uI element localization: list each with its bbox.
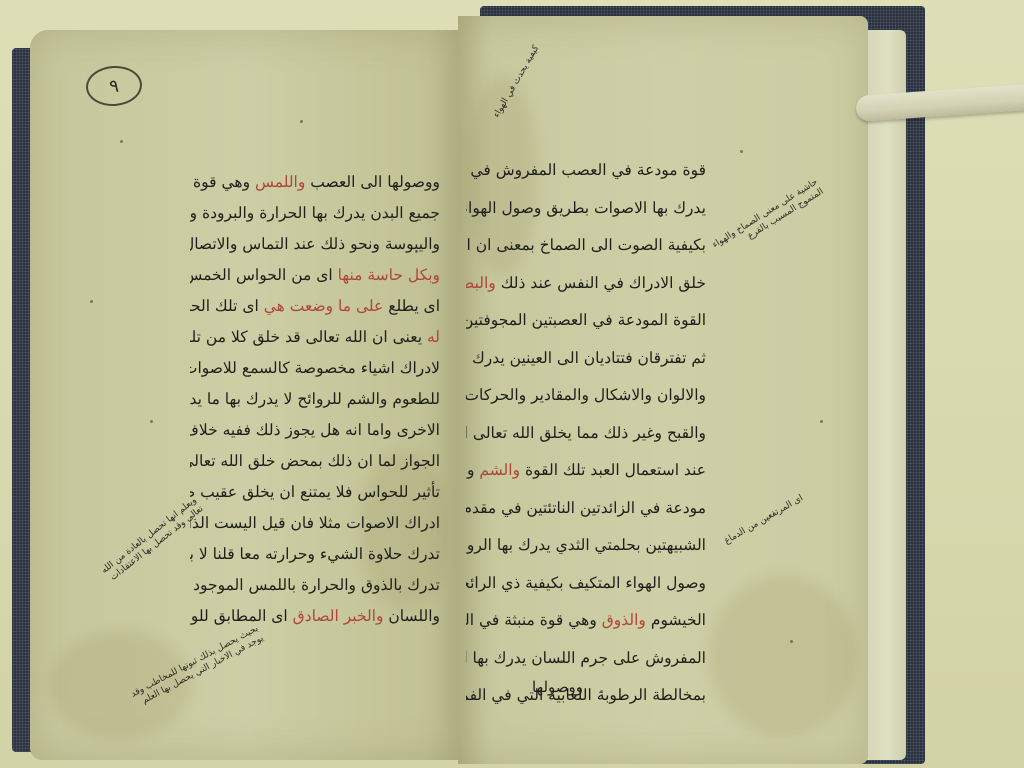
catchword: ووصولها bbox=[532, 678, 583, 696]
text-line: وبكل حاسة منها اى من الحواس الخمس bbox=[190, 260, 440, 291]
text-line: خلق الادراك في النفس عند ذلك والبصر وهي bbox=[466, 265, 706, 303]
text-line: الجواز لما ان ذلك بمحض خلق الله تعالى من… bbox=[190, 446, 440, 477]
text-line: اى يطلع على ما وضعت هي اى تلك الحاسة bbox=[190, 291, 440, 322]
text-line: والقبح وغير ذلك مما يخلق الله تعالى ادرا… bbox=[466, 415, 706, 453]
text-line: تأثير للحواس فلا يمتنع ان يخلق عقيب صرف … bbox=[190, 477, 440, 508]
text-line: قوة مودعة في العصب المفروش في مقعر الصما… bbox=[466, 152, 706, 190]
text-line: الاخرى واما انه هل يجوز ذلك ففيه خلاف وا… bbox=[190, 415, 440, 446]
text-line: المفروش على جرم اللسان يدرك بها الطعوم bbox=[466, 640, 706, 678]
text-line: ادراك الاصوات مثلا فان قيل اليست الذائقة bbox=[190, 508, 440, 539]
text-line: لادراك اشياء مخصوصة كالسمع للاصوات والذو… bbox=[190, 353, 440, 384]
text-line: بكيفية الصوت الى الصماخ بمعنى ان الله تع… bbox=[466, 227, 706, 265]
text-line: ثم تفترقان فتتاديان الى العينين يدرك بها… bbox=[466, 340, 706, 378]
text-line: مودعة في الزائدتين الناتئتين في مقدم الد… bbox=[466, 490, 706, 528]
text-line: عند استعمال العبد تلك القوة والشم وهي قو… bbox=[466, 452, 706, 490]
text-line: تدرك بالذوق والحرارة باللمس الموجود في ا… bbox=[190, 570, 440, 601]
text-line: والالوان والاشكال والمقادير والحركات وال… bbox=[466, 377, 706, 415]
text-line: يدرك بها الاصوات بطريق وصول الهواء المتك… bbox=[466, 190, 706, 228]
text-line: بمخالطة الرطوبة اللعابية التي في الفم با… bbox=[466, 677, 706, 715]
text-line: جميع البدن يدرك بها الحرارة والبرودة وال… bbox=[190, 198, 440, 229]
text-line: ووصولها الى العصب واللمس وهي قوة منبثة ف… bbox=[190, 167, 440, 198]
text-line: الخيشوم والذوق وهي قوة منبثة في العصب bbox=[466, 602, 706, 640]
text-line: واللسان والخبر الصادق اى المطابق للواقع bbox=[190, 601, 440, 632]
left-page-text: ووصولها الى العصب واللمس وهي قوة منبثة ف… bbox=[190, 167, 440, 632]
text-line: واليبوسة ونحو ذلك عند التماس والاتصال به bbox=[190, 229, 440, 260]
text-line: الشبيهتين بحلمتي الثدي يدرك بها الروائح … bbox=[466, 527, 706, 565]
text-line: له يعنى ان الله تعالى قد خلق كلا من تلك … bbox=[190, 322, 440, 353]
text-line: القوة المودعة في العصبتين المجوفتين اللت… bbox=[466, 302, 706, 340]
text-line: للطعوم والشم للروائح لا يدرك بها ما يدرك… bbox=[190, 384, 440, 415]
right-page-text: قوة مودعة في العصب المفروش في مقعر الصما… bbox=[466, 152, 706, 715]
text-line: تدرك حلاوة الشيء وحرارته معا قلنا لا بل … bbox=[190, 539, 440, 570]
text-line: وصول الهواء المتكيف بكيفية ذي الرائحة ال… bbox=[466, 565, 706, 603]
